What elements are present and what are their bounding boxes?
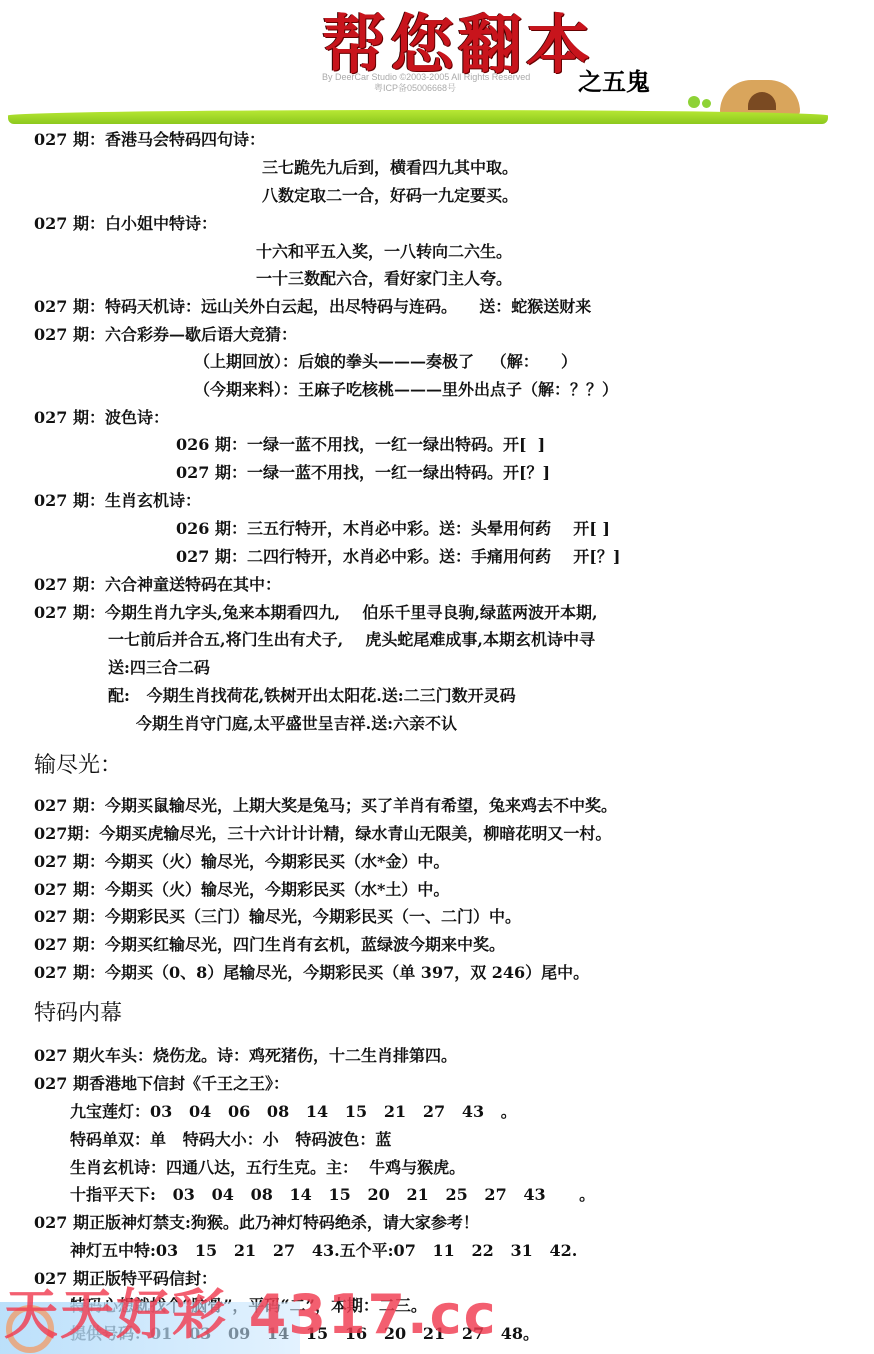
section-heading: 输尽光： [34,752,122,780]
text-line: 027 期：白小姐中特诗： [34,213,217,235]
text-line: 027 期正版神灯禁支:狗猴。此乃神灯特码绝杀，请大家参考！ [34,1212,479,1234]
text-line: 027 期：二四行特开，水肖必中彩。送：手痛用何药 开[？] [176,546,620,568]
tree-icon [702,99,711,108]
text-line: 027 期：今期生肖九字头,兔来本期看四九, 伯乐千里寻良驹,绿蓝两波开本期, [34,602,598,624]
text-line: 生肖玄机诗：四通八达，五行生克。主： 牛鸡与猴虎。 [70,1157,465,1179]
text-line: 027 期：六合彩券—歇后语大竞猜： [34,324,297,346]
text-line: 027 期火车头：烧伤龙。诗：鸡死猪伤，十二生肖排第四。 [34,1045,457,1067]
text-line: 027期：今期买虎输尽光，三十六计计计精，绿水青山无限美，柳暗花明又一村。 [34,823,611,845]
text-line: （上期回放）：后娘的拳头———奏极了 （解： ） [194,351,577,373]
header-banner: By DeerCar Studio ©2003-2005 All Rights … [0,0,874,128]
text-line: 今期生肖守门庭,太平盛世呈吉祥.送:六亲不认 [136,713,457,735]
text-line: 一十三数配六合，看好家门主人夸。 [256,268,512,290]
text-line: 027 期：今期买红输尽光，四门生肖有玄机，蓝绿波今期来中奖。 [34,934,505,956]
text-line: 027 期：六合神童送特码在其中： [34,574,281,596]
text-line: 027 期：今期买（火）输尽光，今期彩民买（水*土）中。 [34,879,449,901]
text-line: 送:四三合二码 [108,657,210,679]
text-line: 十六和平五入奖，一八转向二六生。 [256,241,512,263]
text-line: 027 期：今期买（火）输尽光，今期彩民买（水*金）中。 [34,851,449,873]
text-line: 027 期：今期买（0、8）尾输尽光，今期彩民买（单 397，双 246）尾中。 [34,962,589,984]
text-line: 十指平天下: 03 04 08 14 15 20 21 25 27 43 。 [70,1184,595,1206]
text-line: 八数定取二一合，好码一九定要买。 [262,185,518,207]
text-line: 027 期香港地下信封《千王之王》： [34,1073,289,1095]
watermark-text: 天天好彩 4317.cc [4,1272,498,1349]
text-line: （今期来料）：王麻子吃核桃———里外出点子（解：？？） [194,379,618,401]
text-line: 027 期：一绿一蓝不用找，一红一绿出特码。开[？] [176,462,550,484]
page-subtitle: 之五鬼 [578,62,650,97]
tree-icon [688,96,700,108]
text-line: 神灯五中特:03 15 21 27 43.五个平:07 11 22 31 42. [70,1240,577,1262]
grass-divider [8,110,828,124]
section-heading: 特码内幕 [34,1000,122,1028]
text-line: 027 期：今期彩民买（三门）输尽光，今期彩民买（一、二门）中。 [34,906,521,928]
text-line: 026 期：三五行特开，木肖必中彩。送：头晕用何药 开[ ] [176,518,610,540]
text-line: 027 期：波色诗： [34,407,169,429]
text-line: 特码单双：单 特码大小：小 特码波色：蓝 [70,1129,391,1151]
text-line: 配: 今期生肖找荷花,铁树开出太阳花.送:二三门数开灵码 [108,685,516,707]
text-line: 027 期：香港马会特码四句诗： [34,129,265,151]
text-line: 026 期：一绿一蓝不用找，一红一绿出特码。开[ ] [176,434,545,456]
text-line: 三七跪先九后到，横看四九其中取。 [262,157,518,179]
text-line: 027 期：特码天机诗：远山关外白云起，出尽特码与连码。 送：蛇猴送财来 [34,296,591,318]
text-line: 九宝莲灯：03 04 06 08 14 15 21 27 43 。 [70,1101,517,1123]
page-title: 帮您翻本 [322,6,594,86]
text-line: 027 期：生肖玄机诗： [34,490,201,512]
text-line: 一七前后并合五,将门生出有犬子, 虎头蛇尾难成事,本期玄机诗中寻 [108,629,595,651]
text-line: 027 期：今期买鼠输尽光，上期大奖是兔马；买了羊肖有希望，兔来鸡去不中奖。 [34,795,617,817]
